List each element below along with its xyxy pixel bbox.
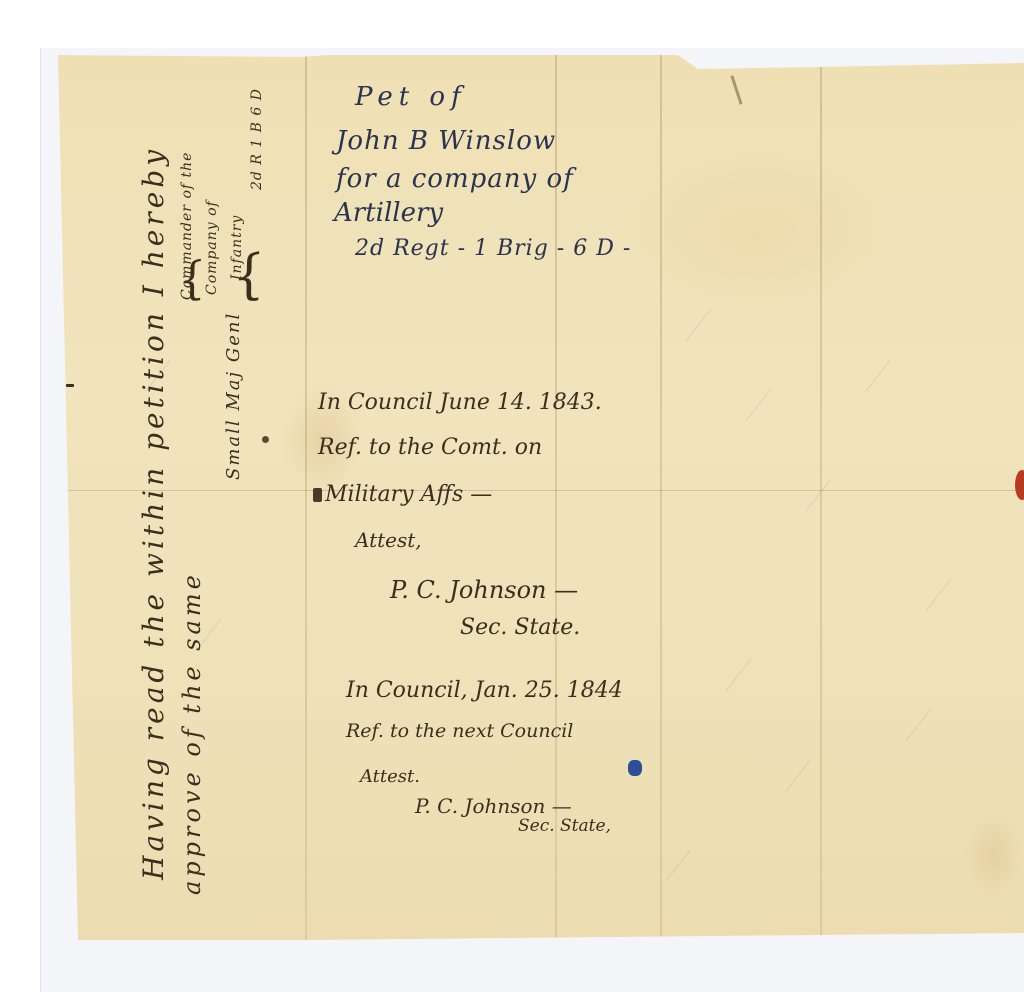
docket-line: for a company of xyxy=(336,166,574,192)
fold-line-vertical xyxy=(660,55,662,940)
docket-regiment: 2d Regt - 1 Brig - 6 D - xyxy=(355,238,631,260)
council-date-line: In Council, Jan. 25. 1844 xyxy=(346,680,623,702)
ink-spot xyxy=(313,488,322,502)
bleed-through-stroke xyxy=(906,709,931,741)
docket-petitioner-name: John B Winslow xyxy=(336,128,556,154)
endorsement-line: Having read the within petition I hereby xyxy=(140,146,168,880)
bleed-through-stroke xyxy=(746,389,771,421)
ink-blot xyxy=(628,760,642,776)
bleed-through-stroke xyxy=(726,659,751,691)
docket-line: Pet of xyxy=(355,84,467,110)
endorsement-bracket-line: 2d R 1 B 6 D xyxy=(250,88,264,190)
docket-line: Artillery xyxy=(334,200,443,226)
signature-title: Sec. State, xyxy=(518,818,611,835)
bleed-through-stroke xyxy=(806,479,831,511)
attest-label: Attest. xyxy=(360,768,420,786)
bleed-through-stroke xyxy=(686,309,711,341)
attest-label: Attest, xyxy=(355,530,422,550)
ink-spot xyxy=(66,384,74,387)
fold-line-horizontal xyxy=(58,490,1024,491)
council-date-line: In Council June 14. 1843. xyxy=(318,392,602,414)
bleed-through-stroke xyxy=(666,849,691,881)
signature: P. C. Johnson — xyxy=(390,578,578,602)
council-referral-line: Military Affs — xyxy=(325,484,492,506)
signature: P. C. Johnson — xyxy=(415,796,572,816)
fold-line-vertical xyxy=(820,55,822,940)
bleed-through-stroke xyxy=(926,579,951,611)
fold-line-vertical xyxy=(305,55,307,940)
signature-title: Sec. State. xyxy=(460,617,580,639)
bleed-through-stroke xyxy=(786,759,811,791)
endorsement-signature: Small Maj Genl xyxy=(225,312,243,480)
red-wax-seal-remnant xyxy=(1015,470,1024,500)
endorsement-bracket-line: Company of xyxy=(205,200,219,295)
ink-spot xyxy=(262,436,269,443)
endorsement-line: approve of the same xyxy=(180,571,204,895)
council-referral-line: Ref. to the next Council xyxy=(346,722,573,741)
bleed-through-stroke xyxy=(866,359,891,391)
council-referral-line: Ref. to the Comt. on xyxy=(318,437,542,459)
